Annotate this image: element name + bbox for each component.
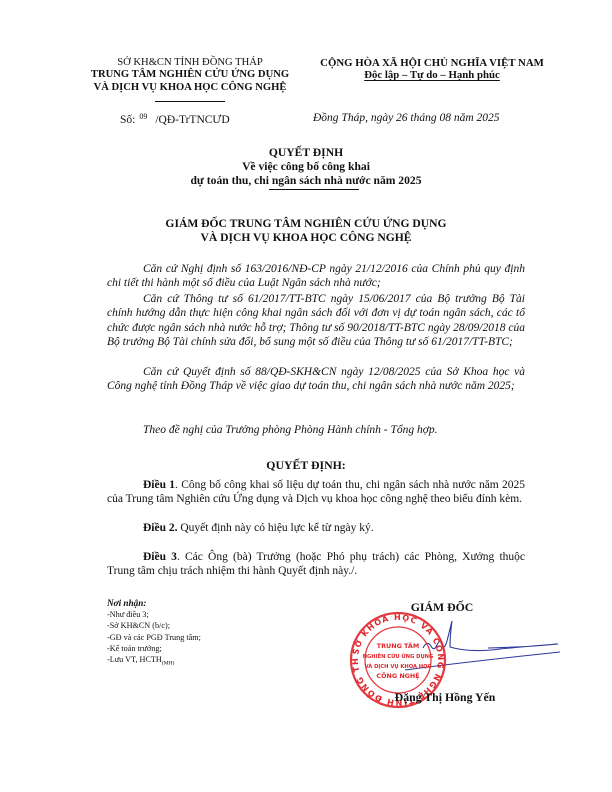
agency-parent: SỞ KH&CN TỈNH ĐỒNG THÁP [72, 57, 308, 69]
decision-heading: QUYẾT ĐỊNH: [100, 458, 512, 473]
issuing-authority: GIÁM ĐỐC TRUNG TÂM NGHIÊN CỨU ỨNG DỤNG V… [100, 217, 512, 245]
national-motto: Độc lập – Tự do – Hạnh phúc [296, 69, 568, 81]
recipient-item: -Lưu VT, HCTH(MH) [107, 654, 201, 670]
recipient-item: -Sở KH&CN (b/c); [107, 620, 201, 631]
agency-underline [155, 101, 225, 102]
document-title: QUYẾT ĐỊNH Về việc công bố công khai dự … [100, 146, 512, 190]
national-title: CỘNG HÒA XÃ HỘI CHỦ NGHĨA VIỆT NAM Độc l… [296, 57, 568, 82]
place-date: Đồng Tháp, ngày 26 tháng 08 năm 2025 [313, 112, 500, 124]
recipient-item: -Kế toán trưởng; [107, 643, 201, 654]
title-line2: Về việc công bố công khai [100, 160, 512, 174]
document-number: Số:09/QĐ-TrTNCƯD [120, 112, 230, 126]
title-line1: QUYẾT ĐỊNH [100, 146, 512, 160]
title-underline [269, 189, 359, 190]
authority-line2: VÀ DỊCH VỤ KHOA HỌC CÔNG NGHỆ [100, 231, 512, 245]
title-line3: dự toán thu, chi ngân sách nhà nước năm … [100, 174, 512, 188]
article-text: Quyết định này có hiệu lực kể từ ngày ký… [180, 522, 373, 534]
recipient-item: -GĐ và các PGĐ Trung tâm; [107, 632, 201, 643]
recipient-item: -Như điều 3; [107, 609, 201, 620]
recipients-list: Nơi nhận: -Như điều 3; -Sở KH&CN (b/c); … [107, 598, 201, 670]
recipient-text: -Lưu VT, HCTH [107, 655, 162, 664]
seal-inner-4: CÔNG NGHỆ [376, 671, 419, 680]
signer-name: Đặng Thị Hồng Yến [380, 690, 510, 705]
doc-number-label: Số: [120, 114, 135, 126]
article-label: Điều 1 [143, 479, 175, 491]
country-name: CỘNG HÒA XÃ HỘI CHỦ NGHĨA VIỆT NAM [296, 57, 568, 69]
preamble-paragraph: Theo đề nghị của Trưởng phòng Phòng Hành… [107, 423, 525, 437]
recipients-title: Nơi nhận: [107, 598, 201, 609]
article-3: Điều 3. Các Ông (bà) Trưởng (hoặc Phó ph… [107, 550, 525, 579]
seal-inner-3: VÀ DỊCH VỤ KHOA HỌC [365, 663, 432, 670]
doc-number-value: 09 [139, 112, 147, 121]
preamble-paragraph: Căn cứ Nghị định số 163/2016/NĐ-CP ngày … [107, 262, 525, 291]
article-1: Điều 1. Công bố công khai số liệu dự toá… [107, 478, 525, 507]
issuing-agency: SỞ KH&CN TỈNH ĐỒNG THÁP TRUNG TÂM NGHIÊN… [72, 57, 308, 107]
recipient-sub: (MH) [162, 661, 175, 667]
agency-name-line1: TRUNG TÂM NGHIÊN CỨU ỨNG DỤNG [72, 69, 308, 81]
doc-number-suffix: /QĐ-TrTNCƯD [155, 114, 229, 126]
article-sep: . [177, 551, 185, 563]
agency-name-line2: VÀ DỊCH VỤ KHOA HỌC CÔNG NGHỆ [72, 82, 308, 94]
preamble-paragraph: Căn cứ Thông tư số 61/2017/TT-BTC ngày 1… [107, 292, 525, 350]
authority-line1: GIÁM ĐỐC TRUNG TÂM NGHIÊN CỨU ỨNG DỤNG [100, 217, 512, 231]
article-label: Điều 3 [143, 551, 177, 563]
preamble-paragraph: Căn cứ Quyết định số 88/QĐ-SKH&CN ngày 1… [107, 365, 525, 394]
article-2: Điều 2. Quyết định này có hiệu lực kể từ… [107, 521, 525, 535]
seal-inner-2: NGHIÊN CỨU ỨNG DỤNG [363, 652, 434, 660]
seal-inner-1: TRUNG TÂM [377, 641, 419, 650]
article-label: Điều 2. [143, 522, 178, 534]
